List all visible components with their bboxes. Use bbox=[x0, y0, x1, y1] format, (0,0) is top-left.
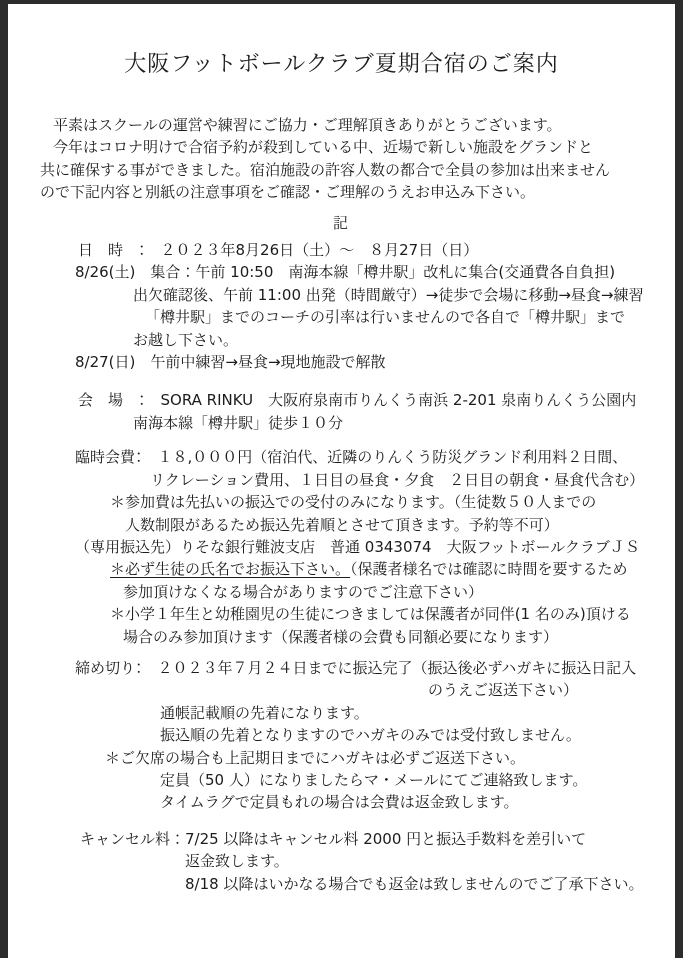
deadline-line: のうえご返送下さい） bbox=[8, 679, 675, 701]
schedule-datetime-line: 日 時 ： ２０２３年8月26日（土）～ ８月27日（日） bbox=[8, 239, 675, 261]
fee-note-line: 参加頂けなくなる場合がありますのでご注意下さい） bbox=[8, 581, 675, 603]
fee-line: リクレーション費用、１日目の昼食・夕食 ２日目の朝食・昼食代含む） bbox=[8, 469, 675, 491]
schedule-day1-line: 8/26(土) 集合：午前 10:50 南海本線「樽井駅」改札に集合(交通費各自… bbox=[8, 261, 675, 283]
document-page: 大阪フットボールクラブ夏期合宿のご案内 平素はスクールの運営や練習にご協力・ご理… bbox=[8, 4, 675, 958]
fee-note-line: 人数制限があるため振込先着順とさせて頂きます。予約等不可） bbox=[8, 514, 675, 536]
schedule-day1-detail: 「樽井駅」までのコーチの引率は行いませんので各自で「樽井駅」まで bbox=[8, 306, 675, 328]
transfer-name-note: ＊必ず生徒の氏名でお振込下さい。（保護者様名では確認に時間を要するため bbox=[8, 558, 675, 580]
fee-note-line: ＊参加費は先払いの振込での受付のみになります。（生徒数５０人までの bbox=[8, 491, 675, 513]
deadline-line: 締め切り： ２０２３年７月２４日までに振込完了（振込後必ずハガキに振込日記入 bbox=[8, 657, 675, 679]
schedule-day2-line: 8/27(日) 午前中練習→昼食→現地施設で解散 bbox=[8, 351, 675, 373]
intro-line: ので下記内容と別紙の注意事項をご確認・ご理解のうえお申込み下さい。 bbox=[8, 181, 675, 203]
schedule-day1-detail: お越し下さい。 bbox=[8, 329, 675, 351]
fee-line: 臨時会費： １８,０００円（宿泊代、近隣のりんくう防災グランド利用料２日間、 bbox=[8, 446, 675, 468]
venue-access-line: 南海本線「樽井駅」徒歩１０分 bbox=[8, 412, 675, 434]
viewer-frame: 大阪フットボールクラブ夏期合宿のご案内 平素はスクールの運営や練習にご協力・ご理… bbox=[0, 0, 683, 958]
fee-note-line: 場合のみ参加頂けます（保護者様の会費も同額必要になります） bbox=[8, 626, 675, 648]
deadline-note-line: 定員（50 人）になりましたらマ・メールにてご連絡致します。 bbox=[8, 769, 675, 791]
deadline-note-line: 通帳記載順の先着になります。 bbox=[8, 702, 675, 724]
intro-line: 平素はスクールの運営や練習にご協力・ご理解頂きありがとうございます。 bbox=[8, 114, 675, 136]
venue-line: 会 場 ： SORA RINKU 大阪府泉南市りんくう南浜 2-201 泉南りん… bbox=[8, 389, 675, 411]
bank-transfer-line: （専用振込先）りそな銀行難波支店 普通 0343074 大阪フットボールクラブＪ… bbox=[8, 536, 675, 558]
schedule-day1-detail: 出欠確認後、午前 11:00 出発（時間厳守）→徒歩で会場に移動→昼食→練習 bbox=[8, 284, 675, 306]
fee-note-line: ＊小学１年生と幼稚園児の生徒につきましては保護者が同伴(1 名のみ)頂ける bbox=[8, 603, 675, 625]
transfer-name-note-rest: （保護者様名では確認に時間を要するため bbox=[350, 560, 628, 578]
intro-line: 今年はコロナ明けで合宿予約が殺到している中、近場で新しい施設をグランドと bbox=[8, 136, 675, 158]
cancellation-line: 8/18 以降はいかなる場合でも返金は致しませんのでご了承下さい。 bbox=[8, 873, 675, 895]
transfer-name-note-underlined: ＊必ず生徒の氏名でお振込下さい。 bbox=[110, 560, 350, 578]
deadline-note-line: タイムラグで定員もれの場合は会費は返金致します。 bbox=[8, 791, 675, 813]
page-title: 大阪フットボールクラブ夏期合宿のご案内 bbox=[8, 50, 675, 80]
cancellation-line: キャンセル料：7/25 以降はキャンセル料 2000 円と振込手数料を差引いて bbox=[8, 828, 675, 850]
deadline-note-line: 振込順の先着となりますのでハガキのみでは受付致しません。 bbox=[8, 724, 675, 746]
cancellation-line: 返金致します。 bbox=[8, 850, 675, 872]
deadline-note-line: ＊ご欠席の場合も上記期日までにハガキは必ずご返送下さい。 bbox=[8, 747, 675, 769]
record-marker: 記 bbox=[8, 212, 675, 234]
intro-line: 共に確保する事ができました。宿泊施設の許容人数の都合で全員の参加は出来ません bbox=[8, 159, 675, 181]
